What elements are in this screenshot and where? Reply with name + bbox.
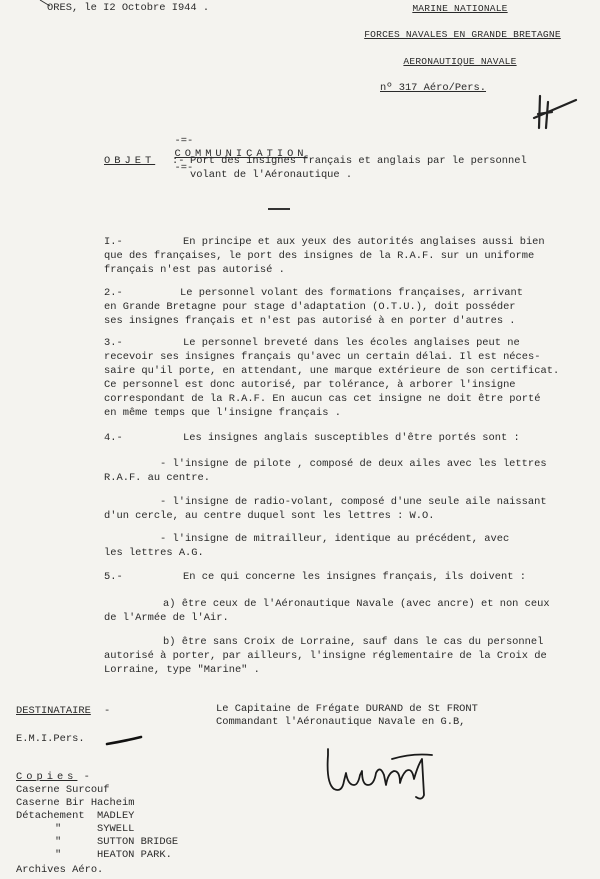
copy-recipient-prefix: " bbox=[55, 823, 61, 837]
objet-label: OBJET bbox=[104, 155, 155, 169]
destinataire-separator: - bbox=[104, 705, 110, 719]
objet-line-1: Port des insignes français et anglais pa… bbox=[190, 155, 527, 169]
section-line: en même temps que l'insigne français . bbox=[104, 407, 341, 421]
signatory-line-2: Commandant l'Aéronautique Navale en G.B, bbox=[216, 716, 465, 730]
section-number: 5.- bbox=[104, 571, 123, 585]
badge-line: - l'insigne de radio-volant, composé d'u… bbox=[160, 496, 547, 510]
copies-heading: Copies - bbox=[16, 771, 90, 785]
section-number: I.- bbox=[104, 236, 123, 250]
archives-line: Archives Aéro. bbox=[16, 864, 103, 878]
copy-recipient-prefix: Détachement bbox=[16, 810, 85, 824]
section-line: Les insignes anglais susceptibles d'être… bbox=[183, 432, 520, 446]
section-line: en Grande Bretagne pour stage d'adaptati… bbox=[104, 301, 516, 315]
signatory-line-1: Le Capitaine de Frégate DURAND de St FRO… bbox=[216, 703, 478, 717]
copies-label: Copies bbox=[16, 771, 77, 783]
copy-recipient: Caserne Surcouf bbox=[16, 784, 110, 798]
section-line: correspondant de la R.A.F. En aucun cas … bbox=[104, 393, 540, 407]
badge-line: - l'insigne de mitrailleur, identique au… bbox=[160, 533, 509, 547]
badge-line: d'un cercle, au centre duquel sont les l… bbox=[104, 510, 434, 524]
copy-recipient-prefix: " bbox=[55, 849, 61, 863]
section-item-line: a) être ceux de l'Aéronautique Navale (a… bbox=[163, 598, 550, 612]
badge-line: R.A.F. au centre. bbox=[104, 472, 210, 486]
destinataire-label: DESTINATAIRE bbox=[16, 705, 91, 719]
copy-recipient: MADLEY bbox=[97, 810, 134, 824]
copy-recipient: SYWELL bbox=[97, 823, 134, 837]
section-line: recevoir ses insignes français qu'avec u… bbox=[104, 351, 540, 365]
section-item-line: b) être sans Croix de Lorraine, sauf dan… bbox=[163, 636, 543, 650]
section-number: 3.- bbox=[104, 337, 123, 351]
title-decor-left: -=- bbox=[174, 135, 193, 147]
copy-recipient: SUTTON BRIDGE bbox=[97, 836, 178, 850]
initials-mark-icon bbox=[530, 92, 580, 132]
section-line: saire qu'il porte, en attendant, une mar… bbox=[104, 365, 559, 379]
section-number: 2.- bbox=[104, 287, 123, 301]
section-line: Ce personnel est donc autorisé, par tolé… bbox=[104, 379, 516, 393]
divider bbox=[268, 208, 290, 210]
pen-stroke-icon bbox=[105, 735, 145, 747]
section-item-line: Lorraine, type "Marine" . bbox=[104, 664, 260, 678]
section-item-line: autorisé à porter, par ailleurs, l'insig… bbox=[104, 650, 547, 664]
badge-line: - l'insigne de pilote , composé de deux … bbox=[160, 458, 547, 472]
objet-line-2: volant de l'Aéronautique . bbox=[190, 169, 352, 183]
badge-line: les lettres A.G. bbox=[104, 547, 204, 561]
org-line-aeronautique: AERONAUTIQUE NAVALE bbox=[360, 55, 560, 69]
fold-mark-icon bbox=[40, 0, 54, 10]
signature-icon bbox=[322, 745, 442, 805]
section-line: Le personnel volant des formations franç… bbox=[180, 287, 523, 301]
reference-number: nº 317 Aéro/Pers. bbox=[380, 82, 486, 96]
objet-separator: :- bbox=[172, 155, 184, 169]
section-line: ses insignes français et n'est pas autor… bbox=[104, 315, 516, 329]
destinataire-value: E.M.I.Pers. bbox=[16, 733, 85, 747]
section-item-line: de l'Armée de l'Air. bbox=[104, 612, 229, 626]
section-line: Le personnel breveté dans les écoles ang… bbox=[183, 337, 520, 351]
copy-recipient: Caserne Bir Hacheim bbox=[16, 797, 134, 811]
section-line: En principe et aux yeux des autorités an… bbox=[183, 236, 545, 250]
org-line-marine: MARINE NATIONALE bbox=[360, 2, 560, 16]
place-date: ORES, le I2 Octobre I944 . bbox=[47, 2, 209, 16]
copies-separator: - bbox=[84, 771, 90, 783]
copy-recipient: HEATON PARK. bbox=[97, 849, 172, 863]
section-line: français n'est pas autorisé . bbox=[104, 264, 285, 278]
section-line: En ce qui concerne les insignes français… bbox=[183, 571, 526, 585]
section-number: 4.- bbox=[104, 432, 123, 446]
org-line-forces: FORCES NAVALES EN GRANDE BRETAGNE bbox=[300, 28, 600, 42]
copy-recipient-prefix: " bbox=[55, 836, 61, 850]
section-line: que des françaises, le port des insignes… bbox=[104, 250, 534, 264]
